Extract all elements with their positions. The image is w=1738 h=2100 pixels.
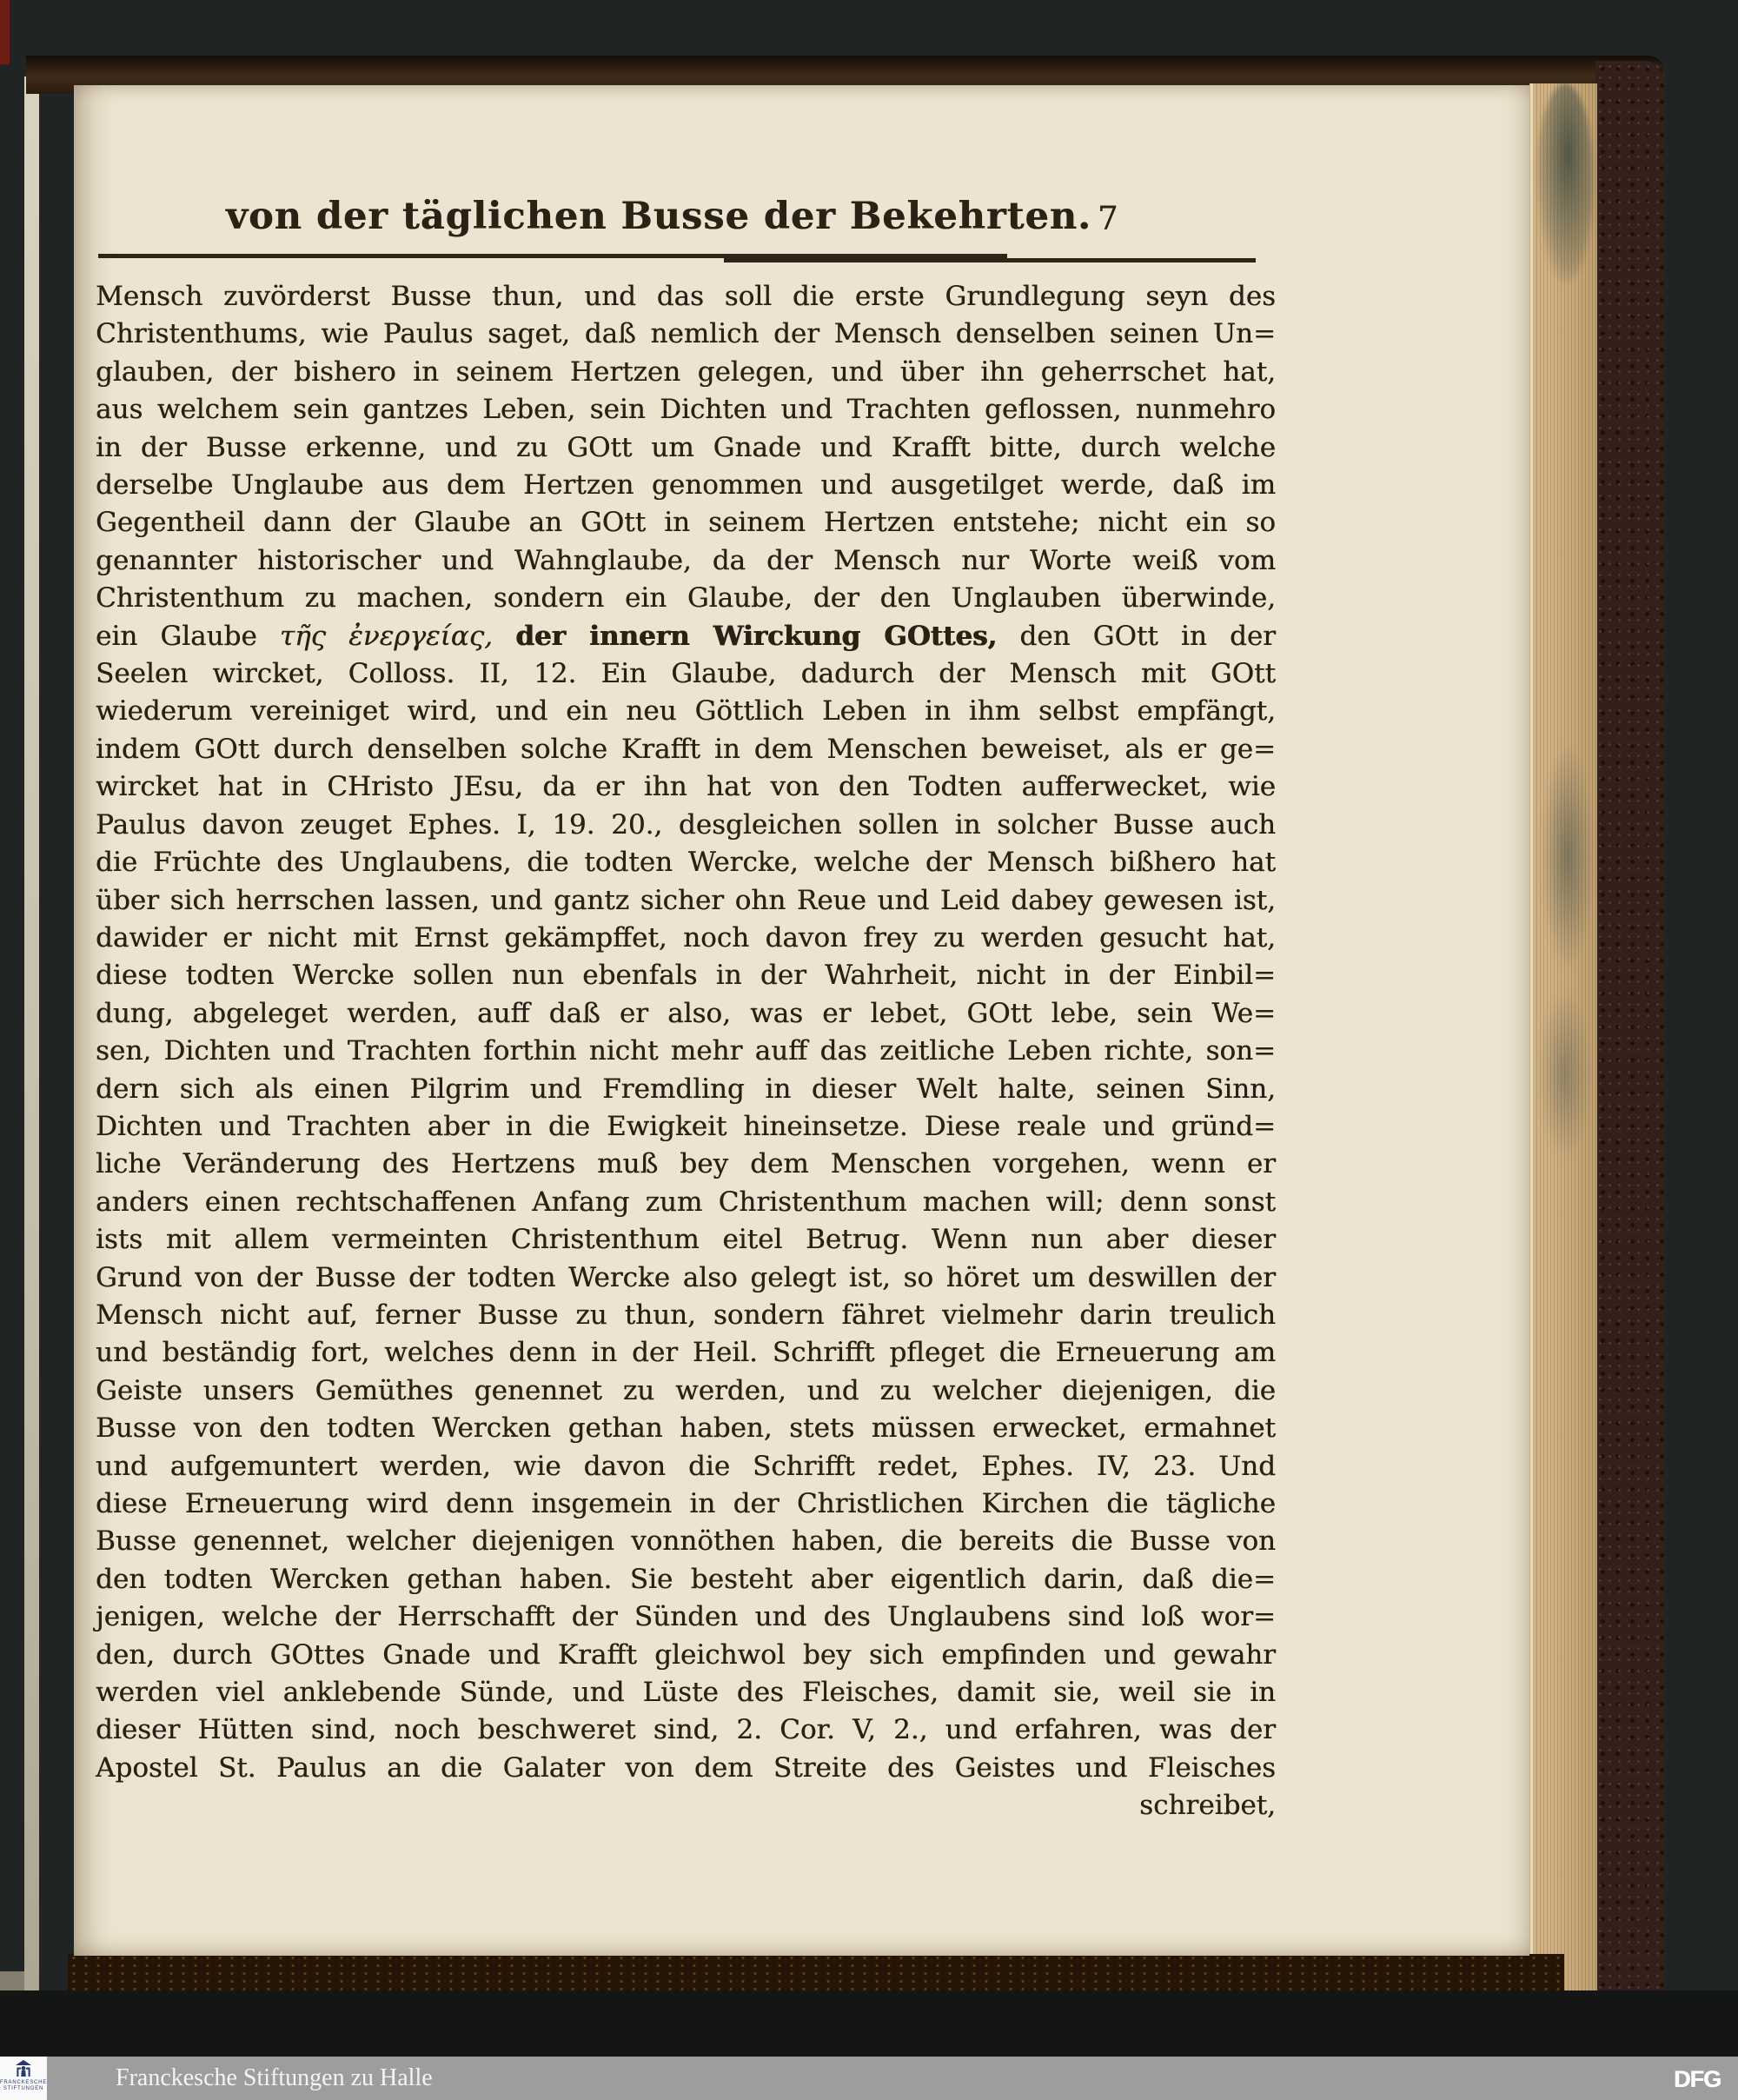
body-text-line: anders einen rechtschaffenen Anfang zum …	[96, 1184, 1276, 1221]
body-text-line: Dichten und Trachten aber in die Ewigkei…	[96, 1108, 1276, 1146]
body-text-line: in der Busse erkenne, und zu GOtt um Gna…	[96, 429, 1276, 467]
body-text-line: Busse genennet, welcher diejenigen vonnö…	[96, 1523, 1276, 1560]
body-text-line: die Früchte des Unglaubens, die todten W…	[96, 844, 1276, 881]
body-text-line: glauben, der bishero in seinem Hertzen g…	[96, 354, 1276, 391]
body-text-line: indem GOtt durch denselben solche Krafft…	[96, 731, 1276, 768]
body-text-line: Christenthums, wie Paulus saget, daß nem…	[96, 316, 1276, 353]
body-text-line: diese Erneuerung wird denn insgemein in …	[96, 1485, 1276, 1523]
fore-edge-marbling	[1542, 744, 1594, 970]
body-text-line: dawider er nicht mit Ernst gekämpffet, n…	[96, 920, 1276, 957]
body-text-line: aus welchem sein gantzes Leben, sein Dic…	[96, 391, 1276, 429]
book-cover-right-board	[1595, 61, 1665, 2039]
scan-bottom-shadow	[0, 1990, 1738, 2058]
franckesche-stiftungen-logo: FRANCKESCHE STIFTUNGEN	[0, 2057, 47, 2100]
body-text-line: den todten Wercken gethan haben. Sie bes…	[96, 1561, 1276, 1598]
body-text-line: derselbe Unglaube aus dem Hertzen genomm…	[96, 467, 1276, 504]
scan-edge-red-strip	[0, 0, 10, 64]
header-rule-segment	[724, 258, 1256, 262]
body-text-line: ein Glaube τῆς ἐνεργείας, der innern Wir…	[96, 618, 1276, 655]
body-text-line: Grund von der Busse der todten Wercke al…	[96, 1259, 1276, 1297]
book-page: von der täglichen Busse der Bekehrten. 7…	[74, 85, 1529, 1956]
body-text-line: und beständig fort, welches denn in der …	[96, 1334, 1276, 1372]
body-text-line: dung, abgeleget werden, auff daß er also…	[96, 995, 1276, 1033]
body-text-line: den, durch GOttes Gnade und Krafft gleic…	[96, 1637, 1276, 1674]
body-text-line: dieser Hütten sind, noch beschweret sind…	[96, 1711, 1276, 1749]
body-text-line: über sich herrschen lassen, und gantz si…	[96, 882, 1276, 920]
body-text-line: Christenthum zu machen, sondern ein Glau…	[96, 580, 1276, 617]
body-text-line: liche Veränderung des Hertzens muß bey d…	[96, 1146, 1276, 1183]
body-text-line: schreibet,	[96, 1787, 1276, 1824]
body-text: Mensch zuvörderst Busse thun, und das so…	[96, 278, 1276, 1825]
body-text-line: Gegentheil dann der Glaube an GOtt in se…	[96, 504, 1276, 542]
body-text-line: ists mit allem vermeinten Christenthum e…	[96, 1221, 1276, 1259]
body-text-line: Paulus davon zeuget Ephes. I, 19. 20., d…	[96, 807, 1276, 844]
dfg-logo: DFG	[1674, 2066, 1721, 2093]
running-title: von der täglichen Busse der Bekehrten.	[74, 195, 1244, 238]
page-number: 7	[1098, 200, 1118, 237]
body-text-line: sen, Dichten und Trachten forthin nicht …	[96, 1033, 1276, 1070]
body-text-line: dern sich als einen Pilgrim und Fremdlin…	[96, 1071, 1276, 1108]
body-text-line: Mensch nicht auf, ferner Busse zu thun, …	[96, 1297, 1276, 1334]
body-text-line: Apostel St. Paulus an die Galater von de…	[96, 1750, 1276, 1787]
body-text-line: jenigen, welche der Herrschafft der Sünd…	[96, 1598, 1276, 1636]
logo-text-line2: STIFTUNGEN	[3, 2086, 43, 2092]
body-text-line: werden viel anklebende Sünde, und Lüste …	[96, 1674, 1276, 1711]
logo-text-line1: FRANCKESCHE	[0, 2080, 47, 2086]
body-text-line: Mensch zuvörderst Busse thun, und das so…	[96, 278, 1276, 316]
body-text-line: genannter historischer und Wahnglaube, d…	[96, 542, 1276, 580]
body-text-line: Seelen wircket, Colloss. II, 12. Ein Gla…	[96, 655, 1276, 693]
footer-bar: FRANCKESCHE STIFTUNGEN Franckesche Stift…	[0, 2057, 1738, 2100]
body-text-line: Geiste unsers Gemüthes genennet zu werde…	[96, 1372, 1276, 1410]
body-text-line: wircket hat in CHristo JEsu, da er ihn h…	[96, 768, 1276, 806]
body-text-line: wiederum vereiniget wird, und ein neu Gö…	[96, 693, 1276, 730]
institution-name: Franckesche Stiftungen zu Halle	[116, 2057, 433, 2100]
scan-background: { "doc": { "header": { "running_title": …	[0, 0, 1738, 2100]
fore-edge-marbling	[1538, 987, 1592, 1161]
book-fore-edge-pages	[1529, 83, 1597, 2036]
body-text-line: und aufgemuntert werden, wie davon die S…	[96, 1448, 1276, 1485]
fore-edge-marbling	[1536, 83, 1594, 283]
franckesche-emblem-icon	[14, 2059, 33, 2080]
scan-left-page-edge-strip	[24, 76, 39, 2057]
body-text-line: diese todten Wercke sollen nun ebenfals …	[96, 957, 1276, 994]
book-bottom-edge	[68, 1954, 1564, 1994]
body-text-line: Busse von den todten Wercken gethan habe…	[96, 1410, 1276, 1447]
